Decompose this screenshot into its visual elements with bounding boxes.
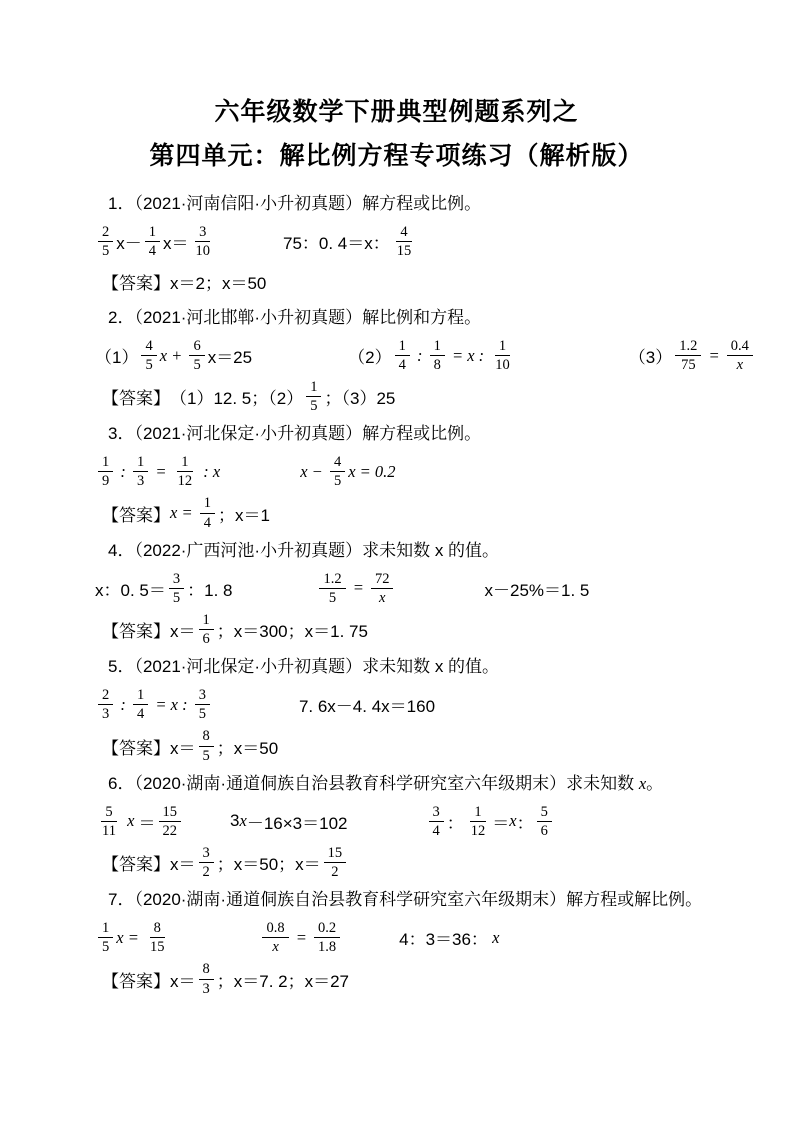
math-text: x：0. 5＝ — [95, 576, 166, 601]
fraction-numerator: 3 — [195, 687, 210, 705]
math-variable: x — [509, 811, 516, 831]
spacer — [171, 937, 259, 938]
fraction-numerator: 1 — [145, 224, 160, 242]
fraction-numerator: 5 — [101, 804, 116, 822]
fraction-numerator: 1 — [430, 338, 445, 356]
problem-header: 7．（2020·湖南·通道侗族自治县教育科学研究室六年级期末）解方程或解比例。 — [95, 886, 698, 913]
problem-header: 4．（2022·广西河池·小升初真题）求未知数 x 的值。 — [95, 537, 698, 564]
fraction-denominator: 5 — [169, 589, 184, 606]
math-text: x＝ — [170, 967, 196, 992]
spacer — [252, 355, 348, 356]
fraction: 56 — [537, 804, 552, 839]
problem-header: 1．（2021·河南信阳·小升初真题）解方程或比例。 — [95, 190, 698, 217]
math-text: ＝ — [139, 809, 156, 834]
math-text: 3 — [230, 811, 239, 831]
fraction-denominator: 5 — [195, 705, 210, 722]
fraction-numerator: 1 — [133, 687, 148, 705]
fraction-numerator: 4 — [396, 224, 411, 242]
math-variable: = — [151, 462, 170, 482]
fraction-denominator: 15 — [146, 938, 169, 955]
math-variable: x = — [116, 928, 143, 948]
fraction-denominator: 5 — [306, 397, 321, 414]
problem-block: 4．（2022·广西河池·小升初真题）求未知数 x 的值。x：0. 5＝35：1… — [95, 537, 698, 647]
math-variable: = — [349, 578, 368, 598]
fraction: 310 — [192, 224, 215, 259]
fraction-denominator: 11 — [98, 822, 120, 839]
problems-list: 1．（2021·河南信阳·小升初真题）解方程或比例。25x－14x＝31075：… — [95, 190, 698, 997]
fraction-denominator: 5 — [330, 472, 345, 489]
spacer — [343, 937, 399, 938]
math-variable: x = 0.2 — [348, 462, 395, 482]
problem-block: 3．（2021·河北保定·小升初真题）解方程或比例。19 : 13 = 112 … — [95, 420, 698, 530]
math-text: （1） — [95, 343, 138, 368]
fraction-numerator: 72 — [371, 571, 394, 589]
fraction-numerator: 3 — [169, 571, 184, 589]
math-variable: = x : — [448, 346, 488, 366]
fraction-denominator: 75 — [677, 356, 700, 373]
spacer — [213, 704, 299, 705]
answer-row: 【答案】x＝83；x＝7. 2；x＝27 — [95, 961, 698, 996]
fraction-denominator: 5 — [98, 938, 113, 955]
fraction-numerator: 1 — [395, 338, 410, 356]
fraction-denominator: 3 — [98, 705, 113, 722]
fraction: 72x — [371, 571, 394, 606]
fraction-numerator: 0.2 — [314, 920, 340, 938]
fraction-numerator: 1.2 — [319, 571, 345, 589]
fraction: 23 — [98, 687, 113, 722]
fraction-numerator: 15 — [324, 845, 347, 863]
fraction-denominator: 9 — [98, 472, 113, 489]
fraction-denominator: x — [375, 589, 389, 606]
fraction-numerator: 6 — [189, 338, 204, 356]
spacer — [517, 355, 629, 356]
fraction-denominator: 15 — [393, 242, 416, 259]
problem-block: 2．（2021·河北邯郸·小升初真题）解比例和方程。（1）45x + 65x＝2… — [95, 304, 698, 414]
fraction-numerator: 1 — [470, 804, 485, 822]
fraction-denominator: 22 — [159, 822, 182, 839]
fraction-denominator: 4 — [200, 514, 215, 531]
fraction-numerator: 4 — [141, 338, 156, 356]
math-text: ＝ — [492, 809, 509, 834]
equation-row: （1）45x + 65x＝25（2）14 : 18 = x : 110（3）1.… — [95, 332, 698, 379]
fraction-numerator: 2 — [98, 224, 113, 242]
fraction-denominator: 4 — [145, 242, 160, 259]
fraction-denominator: 4 — [133, 705, 148, 722]
fraction-denominator: 6 — [199, 630, 214, 647]
fraction: 14 — [395, 338, 410, 373]
fraction: 14 — [133, 687, 148, 722]
fraction-numerator: 4 — [330, 454, 345, 472]
spacer — [220, 471, 300, 472]
problem-block: 1．（2021·河南信阳·小升初真题）解方程或比例。25x－14x＝31075：… — [95, 190, 698, 298]
math-text: 。 — [646, 774, 663, 793]
problem-block: 6．（2020·湖南·通道侗族自治县教育科学研究室六年级期末）求未知数 x。51… — [95, 770, 698, 880]
math-text: ；x＝50 — [217, 734, 278, 759]
fraction-denominator: 6 — [537, 822, 552, 839]
math-text: ：1. 8 — [187, 576, 232, 601]
spacer — [232, 588, 316, 589]
fraction-denominator: 5 — [141, 356, 156, 373]
fraction: 16 — [199, 612, 214, 647]
math-variable: = x : — [151, 695, 191, 715]
answer-row: 【答案】x＝32；x＝50；x＝152 — [95, 845, 698, 880]
fraction: 1.275 — [675, 338, 701, 373]
fraction: 34 — [429, 804, 444, 839]
math-text: 75：0. 4＝x： — [283, 229, 390, 254]
fraction-denominator: 8 — [430, 356, 445, 373]
math-text: x－ — [116, 229, 142, 254]
fraction-numerator: 3 — [199, 845, 214, 863]
fraction-numerator: 3 — [429, 804, 444, 822]
math-text: 3．（2021·河北保定·小升初真题）解方程或比例。 — [108, 424, 481, 443]
fraction: 14 — [200, 495, 215, 530]
math-text: ；x＝1 — [218, 501, 270, 526]
math-text: 7．（2020·湖南·通道侗族自治县教育科学研究室六年级期末）解方程或解比例。 — [108, 890, 702, 909]
spacer — [217, 241, 283, 242]
spacer — [348, 821, 426, 822]
equation-row: 23 : 14 = x : 357. 6x－4. 4x＝160 — [95, 681, 698, 728]
fraction-numerator: 0.8 — [262, 920, 288, 938]
math-text: 4．（2022·广西河池·小升初真题）求未知数 x 的值。 — [108, 541, 499, 560]
math-text: （2） — [348, 343, 391, 368]
math-variable: : — [116, 695, 130, 715]
equation-row: x：0. 5＝35：1. 81.25 = 72xx－25%＝1. 5 — [95, 565, 698, 612]
equation-row: 25x－14x＝31075：0. 4＝x：415 — [95, 218, 698, 265]
math-variable: x — [488, 928, 499, 948]
fraction: 45 — [141, 338, 156, 373]
problem-header: 6．（2020·湖南·通道侗族自治县教育科学研究室六年级期末）求未知数 x。 — [95, 770, 698, 797]
answer-row: 【答案】x＝16；x＝300；x＝1. 75 — [95, 612, 698, 647]
math-text: ；x＝300；x＝1. 75 — [217, 617, 368, 642]
fraction: 0.21.8 — [314, 920, 340, 955]
math-variable: : — [413, 346, 427, 366]
document-title-line2: 第四单元：解比例方程专项练习（解析版） — [95, 140, 698, 172]
fraction-numerator: 1 — [495, 338, 510, 356]
fraction: 13 — [133, 454, 148, 489]
fraction-numerator: 3 — [195, 224, 210, 242]
math-text: x＝2；x＝50 — [170, 269, 266, 294]
math-text: x＝ — [170, 617, 196, 642]
fraction-denominator: 10 — [491, 356, 514, 373]
fraction: 1.25 — [319, 571, 345, 606]
answer-label: 【答案】 — [102, 501, 170, 526]
fraction: 25 — [98, 224, 113, 259]
math-text: －16×3＝102 — [247, 809, 348, 834]
fraction: 35 — [169, 571, 184, 606]
fraction-numerator: 1 — [199, 612, 214, 630]
document-title-line1: 六年级数学下册典型例题系列之 — [95, 96, 698, 128]
fraction: 112 — [174, 454, 197, 489]
fraction-denominator: 2 — [327, 863, 342, 880]
fraction-denominator: 5 — [189, 356, 204, 373]
math-text: x＝25 — [208, 343, 252, 368]
math-text: 4：3＝36： — [399, 925, 488, 950]
fraction-denominator: 5 — [199, 747, 214, 764]
math-text: ；（3）25 — [324, 384, 395, 409]
problem-block: 7．（2020·湖南·通道侗族自治县教育科学研究室六年级期末）解方程或解比例。1… — [95, 886, 698, 996]
math-text: （3） — [629, 343, 672, 368]
worksheet-page: 六年级数学下册典型例题系列之 第四单元：解比例方程专项练习（解析版） 1．（20… — [0, 0, 793, 997]
problem-header: 2．（2021·河北邯郸·小升初真题）解比例和方程。 — [95, 304, 698, 331]
equation-row: 19 : 13 = 112 : xx − 45x = 0.2 — [95, 448, 698, 495]
math-variable: x — [123, 811, 139, 831]
fraction-numerator: 8 — [199, 728, 214, 746]
answer-row: 【答案】（1）12. 5；（2）15；（3）25 — [95, 379, 698, 414]
fraction: 83 — [199, 961, 214, 996]
fraction-denominator: 4 — [395, 356, 410, 373]
problem-block: 5．（2021·河北保定·小升初真题）求未知数 x 的值。23 : 14 = x… — [95, 653, 698, 763]
math-variable: x + — [160, 346, 187, 366]
fraction: 152 — [324, 845, 347, 880]
answer-row: 【答案】x＝2；x＝50 — [95, 265, 698, 298]
fraction-numerator: 1 — [98, 920, 113, 938]
math-text: ；x＝7. 2；x＝27 — [217, 967, 349, 992]
fraction-numerator: 2 — [98, 687, 113, 705]
fraction: 32 — [199, 845, 214, 880]
fraction-denominator: 3 — [133, 472, 148, 489]
fraction: 65 — [189, 338, 204, 373]
answer-label: 【答案】 — [102, 850, 170, 875]
math-variable: = — [292, 928, 311, 948]
equation-row: 511 x ＝15223x－16×3＝10234：112＝x：56 — [95, 798, 698, 845]
fraction-numerator: 1 — [200, 495, 215, 513]
fraction: 511 — [98, 804, 120, 839]
answer-label: 【答案】 — [102, 617, 170, 642]
math-text: ；x＝50；x＝ — [217, 850, 321, 875]
fraction-numerator: 5 — [537, 804, 552, 822]
answer-label: 【答案】 — [102, 734, 170, 759]
math-variable: = — [704, 346, 723, 366]
math-variable: : x — [199, 462, 220, 482]
math-text: ： — [447, 809, 464, 834]
answer-label: 【答案】 — [102, 269, 170, 294]
fraction: 1522 — [159, 804, 182, 839]
fraction: 0.8x — [262, 920, 288, 955]
fraction: 415 — [393, 224, 416, 259]
fraction-denominator: x — [733, 356, 747, 373]
fraction-numerator: 1 — [306, 379, 321, 397]
fraction-numerator: 1.2 — [675, 338, 701, 356]
fraction: 15 — [306, 379, 321, 414]
fraction-numerator: 1 — [133, 454, 148, 472]
fraction-denominator: 1.8 — [314, 938, 340, 955]
math-variable: x — [240, 811, 247, 831]
fraction: 35 — [195, 687, 210, 722]
fraction-denominator: 12 — [174, 472, 197, 489]
fraction-denominator: 5 — [98, 242, 113, 259]
math-variable: x − — [300, 462, 327, 482]
answer-label: 【答案】 — [102, 384, 170, 409]
math-text: 2．（2021·河北邯郸·小升初真题）解比例和方程。 — [108, 308, 481, 327]
fraction: 815 — [146, 920, 169, 955]
answer-row: 【答案】x = 14；x＝1 — [95, 495, 698, 530]
fraction: 15 — [98, 920, 113, 955]
math-text: 7. 6x－4. 4x＝160 — [299, 692, 435, 717]
fraction-numerator: 8 — [199, 961, 214, 979]
fraction: 0.4x — [727, 338, 753, 373]
math-text: 5．（2021·河北保定·小升初真题）求未知数 x 的值。 — [108, 657, 499, 676]
math-text: x＝ — [163, 229, 189, 254]
fraction-numerator: 8 — [150, 920, 165, 938]
math-text: ： — [517, 809, 534, 834]
spacer — [184, 821, 230, 822]
math-text: （1）12. 5；（2） — [170, 384, 303, 409]
fraction: 18 — [430, 338, 445, 373]
fraction-denominator: 2 — [199, 863, 214, 880]
answer-label: 【答案】 — [102, 967, 170, 992]
spacer — [396, 588, 484, 589]
fraction-numerator: 1 — [177, 454, 192, 472]
math-text: x－25%＝1. 5 — [484, 576, 589, 601]
fraction-numerator: 1 — [98, 454, 113, 472]
fraction: 112 — [467, 804, 490, 839]
fraction: 110 — [491, 338, 514, 373]
fraction: 19 — [98, 454, 113, 489]
answer-row: 【答案】x＝85；x＝50 — [95, 728, 698, 763]
fraction-denominator: x — [268, 938, 282, 955]
math-text: x＝ — [170, 850, 196, 875]
math-variable: : — [116, 462, 130, 482]
math-text: x＝ — [170, 734, 196, 759]
problem-header: 3．（2021·河北保定·小升初真题）解方程或比例。 — [95, 420, 698, 447]
math-variable: x = — [170, 503, 197, 523]
fraction: 85 — [199, 728, 214, 763]
problem-header: 5．（2021·河北保定·小升初真题）求未知数 x 的值。 — [95, 653, 698, 680]
fraction-numerator: 0.4 — [727, 338, 753, 356]
fraction-denominator: 5 — [325, 589, 340, 606]
fraction-denominator: 12 — [467, 822, 490, 839]
math-text: 1．（2021·河南信阳·小升初真题）解方程或比例。 — [108, 194, 481, 213]
fraction-denominator: 4 — [429, 822, 444, 839]
math-text: 6．（2020·湖南·通道侗族自治县教育科学研究室六年级期末）求未知数 — [108, 774, 639, 793]
fraction-denominator: 3 — [199, 980, 214, 997]
fraction: 45 — [330, 454, 345, 489]
equation-row: 15x = 8150.8x = 0.21.84：3＝36： x — [95, 914, 698, 961]
fraction: 14 — [145, 224, 160, 259]
fraction-denominator: 10 — [192, 242, 215, 259]
fraction-numerator: 15 — [159, 804, 182, 822]
